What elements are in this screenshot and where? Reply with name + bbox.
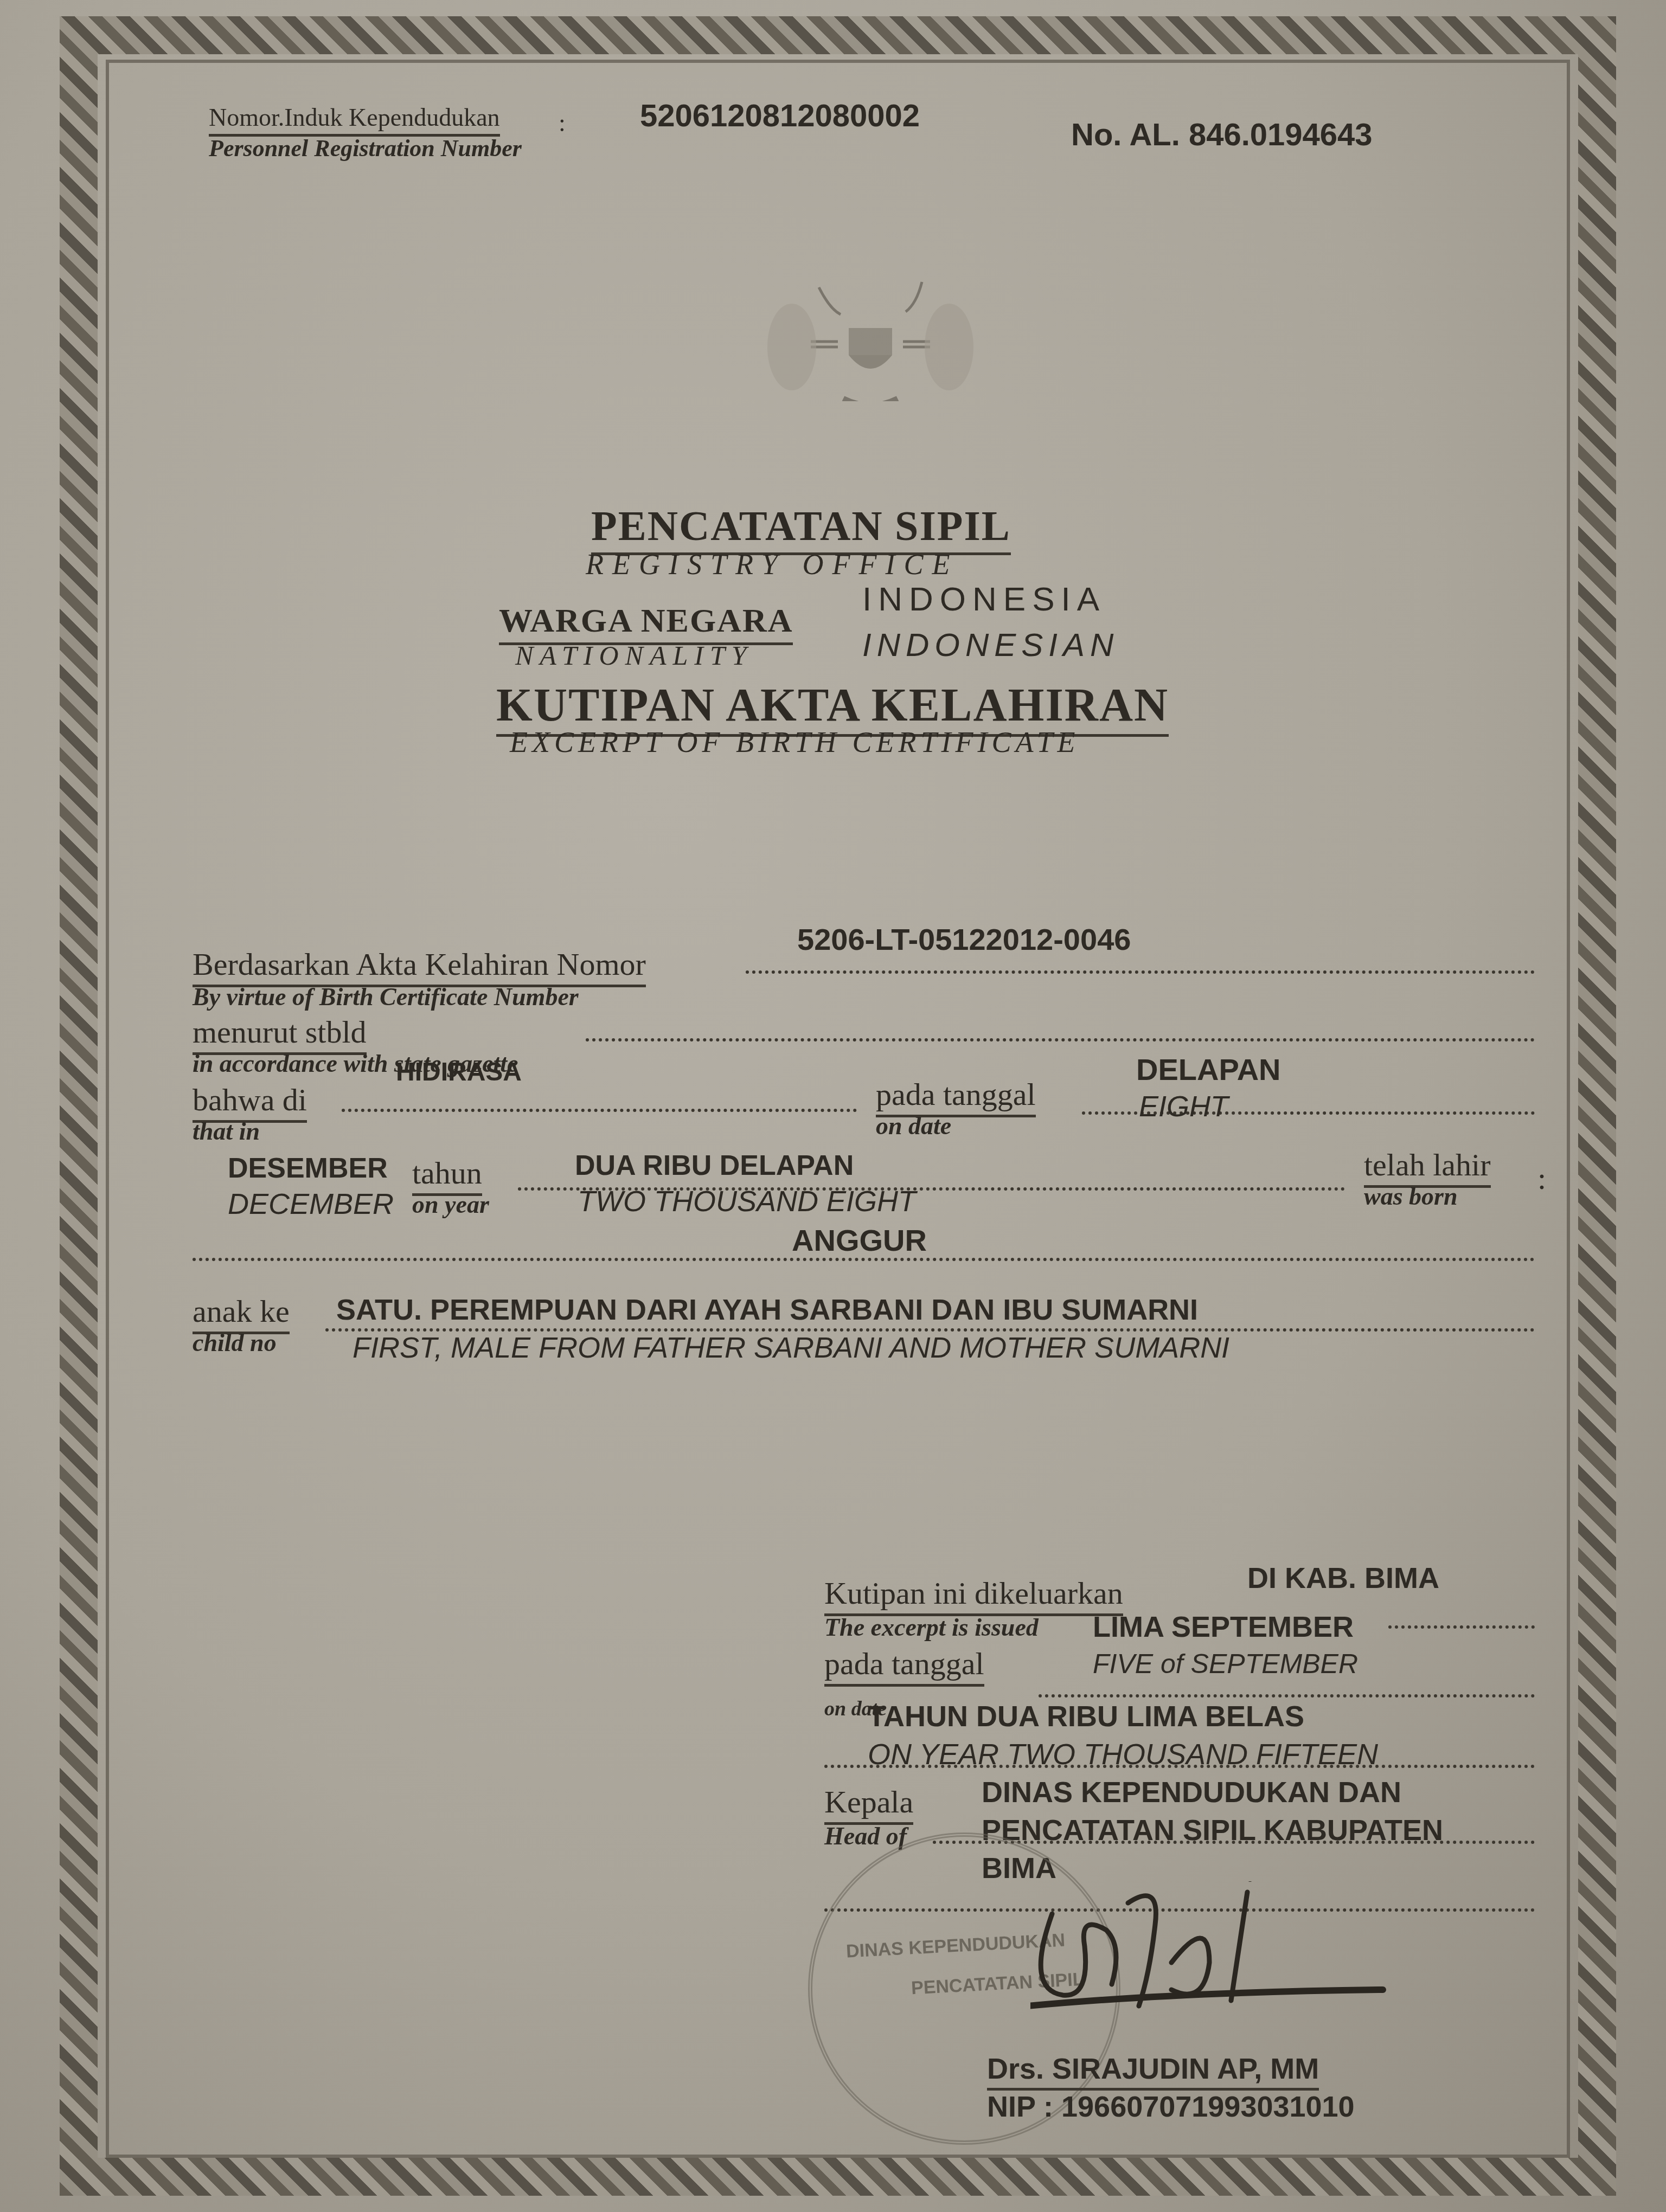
stbld-dotline: [586, 1038, 1535, 1041]
year-label-en: on year: [412, 1190, 489, 1219]
office-line-1: DINAS KEPENDUDUKAN DAN: [982, 1776, 1401, 1809]
office-title-en: REGISTRY OFFICE: [586, 548, 958, 581]
birth-year-value-en: TWO THOUSAND EIGHT: [578, 1185, 916, 1218]
place-label-en: that in: [193, 1117, 260, 1146]
serial-number: No. AL. 846.0194643: [1071, 117, 1373, 153]
birth-day-value: DELAPAN: [1136, 1052, 1281, 1087]
certificate-page: Nomor.Induk Kependudukan Personnel Regis…: [0, 0, 1666, 2212]
birth-day-value-en: EIGHT: [1139, 1090, 1228, 1123]
nationality-value-en: INDONESIAN: [862, 626, 1119, 664]
issued-day-value-en: FIVE of SEPTEMBER: [1093, 1648, 1358, 1680]
cert-number-value: 5206-LT-05122012-0046: [797, 922, 1131, 957]
issued-year-value: TAHUN DUA RIBU LIMA BELAS: [868, 1700, 1304, 1733]
issued-date-dotline: [1039, 1694, 1535, 1697]
garuda-emblem-icon: [759, 266, 982, 401]
birth-place-value: HIDIRASA: [396, 1057, 522, 1087]
child-no-value: SATU. PEREMPUAN DARI AYAH SARBANI DAN IB…: [336, 1293, 1198, 1327]
signature-icon: [1030, 1881, 1410, 2022]
place-dotline: [342, 1109, 857, 1112]
child-no-label-en: child no: [193, 1328, 277, 1357]
born-label-en: was born: [1364, 1182, 1458, 1211]
nik-value: 5206120812080002: [640, 98, 920, 134]
issued-label-en: The excerpt is issued: [824, 1613, 1039, 1642]
issued-day-dotline: [1388, 1625, 1535, 1629]
birth-month-value: DESEMBER: [228, 1152, 388, 1185]
office-dotline: [933, 1841, 1535, 1844]
issued-year-value-en: ON YEAR TWO THOUSAND FIFTEEN: [868, 1738, 1378, 1771]
nik-colon: :: [559, 108, 566, 137]
child-name-dotline: [193, 1258, 1535, 1261]
date-label-en: on date: [876, 1111, 951, 1140]
issued-label: Kutipan ini dikeluarkan: [824, 1575, 1123, 1616]
nationality-label: WARGA NEGARA: [499, 602, 793, 645]
child-name-value: ANGGUR: [792, 1223, 927, 1258]
nik-label-en: Personnel Registration Number: [209, 134, 522, 162]
document-title-en: EXCERPT OF BIRTH CERTIFICATE: [510, 725, 1079, 759]
nationality-value: INDONESIA: [862, 580, 1106, 619]
nationality-label-en: NATIONALITY: [515, 640, 753, 671]
issued-date-label: pada tanggal: [824, 1645, 984, 1687]
birth-month-value-en: DECEMBER: [228, 1187, 394, 1221]
cert-number-label: Berdasarkan Akta Kelahiran Nomor: [193, 946, 646, 987]
official-name: Drs. SIRAJUDIN AP, MM: [987, 2052, 1319, 2091]
birth-year-value: DUA RIBU DELAPAN: [575, 1149, 854, 1182]
head-label: Kepala: [824, 1784, 913, 1825]
born-colon: :: [1537, 1160, 1546, 1197]
child-no-value-en: FIRST, MALE FROM FATHER SARBANI AND MOTH…: [353, 1331, 1229, 1365]
issued-day-value: LIMA SEPTEMBER: [1093, 1610, 1354, 1644]
official-nip: NIP : 196607071993031010: [987, 2090, 1355, 2124]
head-label-en: Head of: [824, 1822, 907, 1850]
issued-place-value: DI KAB. BIMA: [1247, 1561, 1439, 1595]
nik-label: Nomor.Induk Kependudukan: [209, 103, 500, 137]
cert-number-dotline: [746, 970, 1535, 974]
cert-number-label-en: By virtue of Birth Certificate Number: [193, 982, 579, 1011]
